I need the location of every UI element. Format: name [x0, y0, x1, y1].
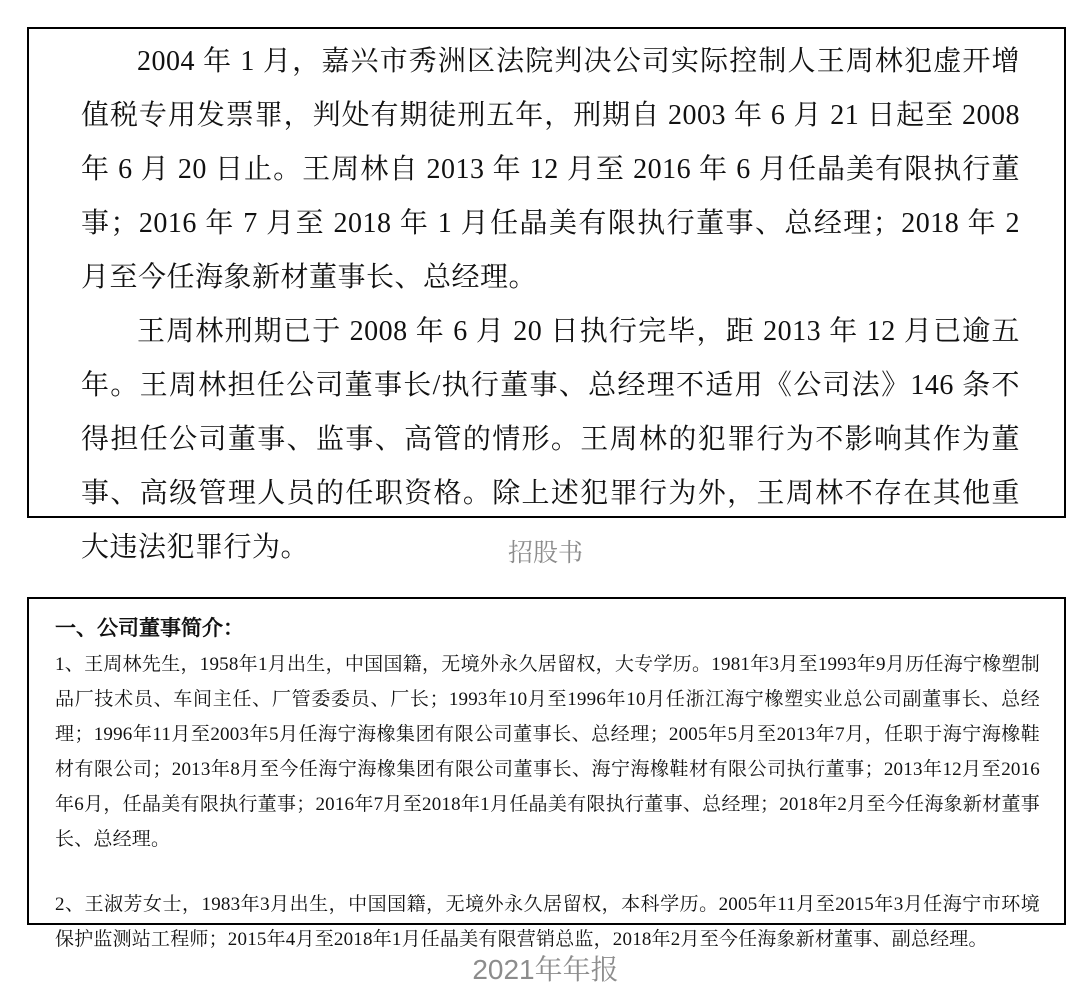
director-bio-wang-zhoulin: 1、王周林先生，1958年1月出生，中国国籍，无境外永久居留权，大专学历。198…	[55, 647, 1040, 857]
prospectus-excerpt-box: 2004 年 1 月，嘉兴市秀洲区法院判决公司实际控制人王周林犯虚开增值税专用发…	[27, 27, 1066, 518]
prospectus-caption: 招股书	[0, 533, 1091, 569]
annual-report-heading: 一、公司董事简介：	[55, 613, 1040, 643]
prospectus-paragraph-1: 2004 年 1 月，嘉兴市秀洲区法院判决公司实际控制人王周林犯虚开增值税专用发…	[81, 35, 1020, 305]
annual-report-caption: 2021年年报	[0, 948, 1091, 988]
director-bio-wang-shufang: 2、王淑芳女士，1983年3月出生，中国国籍，无境外永久居留权，本科学历。200…	[55, 887, 1040, 957]
annual-report-excerpt-box: 一、公司董事简介： 1、王周林先生，1958年1月出生，中国国籍，无境外永久居留…	[27, 597, 1066, 925]
